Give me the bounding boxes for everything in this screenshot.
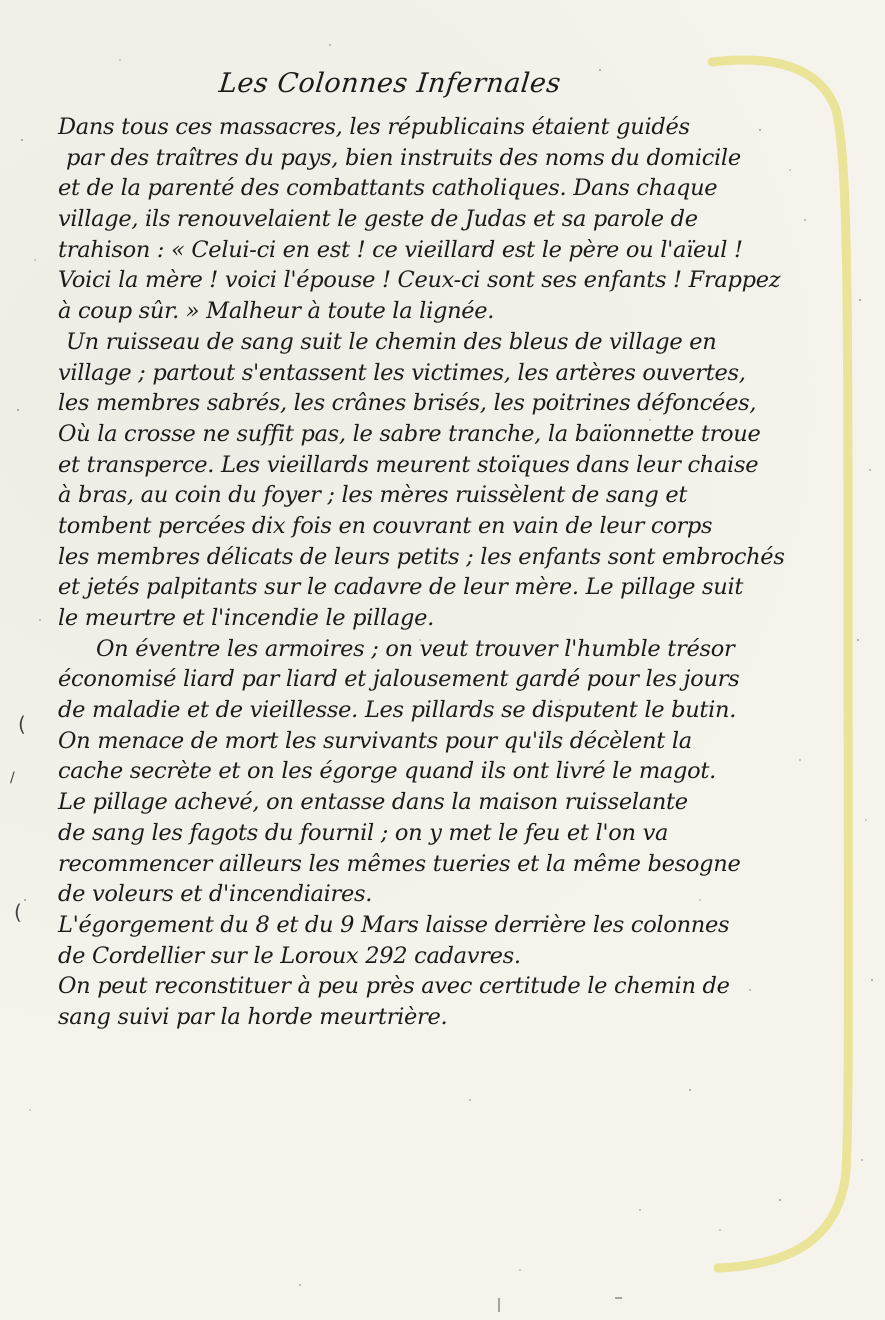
text-line: Où la crosse ne suffit pas, le sabre tra…: [58, 419, 828, 450]
margin-mark: /: [10, 770, 15, 786]
text-line: tombent percées dix fois en couvrant en …: [58, 511, 828, 542]
page-title: Les Colonnes Infernales: [208, 68, 571, 99]
text-line: de maladie et de vieillesse. Les pillard…: [58, 695, 828, 726]
text-line: Dans tous ces massacres, les républicain…: [58, 112, 828, 143]
text-line: On éventre les armoires ; on veut trouve…: [58, 634, 828, 665]
text-line: Le pillage achevé, on entasse dans la ma…: [58, 787, 828, 818]
margin-mark: (: [18, 712, 26, 736]
text-line: de voleurs et d'incendiaires.: [58, 879, 828, 910]
handwritten-body: Dans tous ces massacres, les républicain…: [58, 112, 828, 1033]
text-line: les membres délicats de leurs petits ; l…: [58, 542, 828, 573]
text-line: village, ils renouvelaient le geste de J…: [58, 204, 828, 235]
text-line: à bras, au coin du foyer ; les mères rui…: [58, 480, 828, 511]
text-line: le meurtre et l'incendie le pillage.: [58, 603, 828, 634]
text-line: sang suivi par la horde meurtrière.: [58, 1002, 828, 1033]
margin-mark: (: [14, 900, 22, 924]
text-line: On peut reconstituer à peu près avec cer…: [58, 971, 828, 1002]
text-line: et de la parenté des combattants catholi…: [58, 173, 828, 204]
text-line: On menace de mort les survivants pour qu…: [58, 726, 828, 757]
text-line: cache secrète et on les égorge quand ils…: [58, 756, 828, 787]
text-line: Un ruisseau de sang suit le chemin des b…: [58, 327, 828, 358]
text-line: trahison : « Celui-ci en est ! ce vieill…: [58, 235, 828, 266]
text-line: et jetés palpitants sur le cadavre de le…: [58, 572, 828, 603]
text-line: par des traîtres du pays, bien instruits…: [58, 143, 828, 174]
text-line: à coup sûr. » Malheur à toute la lignée.: [58, 296, 828, 327]
text-line: les membres sabrés, les crânes brisés, l…: [58, 388, 828, 419]
text-line: et transperce. Les vieillards meurent st…: [58, 450, 828, 481]
text-line: village ; partout s'entassent les victim…: [58, 358, 828, 389]
scanned-page: Les Colonnes Infernales Dans tous ces ma…: [0, 0, 885, 1320]
text-line: économisé liard par liard et jalousement…: [58, 664, 828, 695]
text-line: Voici la mère ! voici l'épouse ! Ceux-ci…: [58, 265, 828, 296]
text-line: L'égorgement du 8 et du 9 Mars laisse de…: [58, 910, 828, 941]
text-line: de sang les fagots du fournil ; on y met…: [58, 818, 828, 849]
text-line: de Cordellier sur le Loroux 292 cadavres…: [58, 941, 828, 972]
text-line: recommencer ailleurs les mêmes tueries e…: [58, 849, 828, 880]
